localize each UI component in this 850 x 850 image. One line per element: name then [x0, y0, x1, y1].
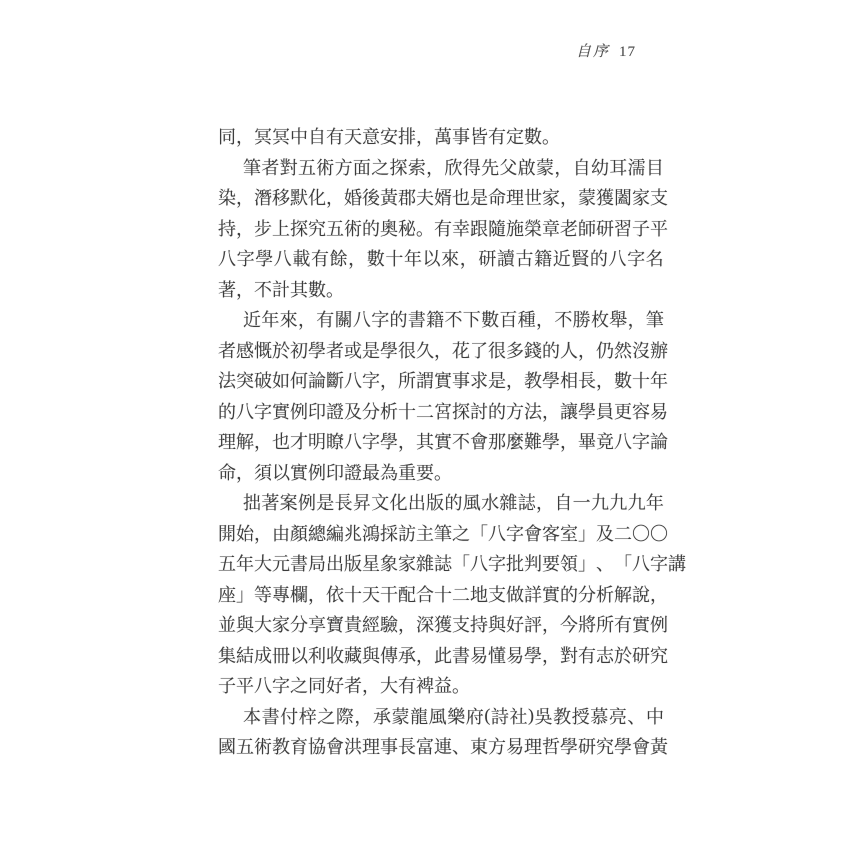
text-line: 本書付梓之際，承蒙龍風樂府(詩社)吳教授慕亮、中 — [218, 701, 664, 732]
text-line: 著，不計其數。 — [218, 274, 664, 305]
page-header: 自序 17 — [576, 40, 636, 61]
paragraph: 近年來，有關八字的書籍不下數百種，不勝枚舉，筆者感慨於初學者或是學很久，花了很多… — [218, 304, 664, 487]
text-line: 開始，由顏總編兆鴻採訪主筆之「八字會客室」及二〇〇 — [218, 518, 664, 549]
paragraph: 筆者對五術方面之探索，欣得先父啟蒙，自幼耳濡目染，潛移默化，婚後黃郡夫婿也是命理… — [218, 152, 664, 305]
text-line: 座」等專欄，依十天干配合十二地支做詳實的分析解說， — [218, 579, 664, 610]
text-line: 國五術教育協會洪理事長富連、東方易理哲學研究學會黃 — [218, 731, 664, 762]
text-line: 筆者對五術方面之探索，欣得先父啟蒙，自幼耳濡目 — [218, 152, 664, 183]
text-line: 理解，也才明瞭八字學，其實不會那麼難學，畢竟八字論 — [218, 426, 664, 457]
text-line: 近年來，有關八字的書籍不下數百種，不勝枚舉，筆 — [218, 304, 664, 335]
text-line: 法突破如何論斷八字，所謂實事求是，教學相長，數十年 — [218, 365, 664, 396]
paragraph: 同，冥冥中自有天意安排，萬事皆有定數。 — [218, 121, 664, 152]
text-line: 同，冥冥中自有天意安排，萬事皆有定數。 — [218, 121, 664, 152]
page-number: 17 — [619, 44, 636, 61]
book-page: 自序 17 同，冥冥中自有天意安排，萬事皆有定數。筆者對五術方面之探索，欣得先父… — [0, 0, 850, 850]
text-block: 同，冥冥中自有天意安排，萬事皆有定數。筆者對五術方面之探索，欣得先父啟蒙，自幼耳… — [218, 121, 664, 762]
text-line: 子平八字之同好者，大有裨益。 — [218, 670, 664, 701]
text-line: 拙著案例是長昇文化出版的風水雜誌，自一九九九年 — [218, 487, 664, 518]
text-line: 五年大元書局出版星象家雜誌「八字批判要領」、「八字講 — [218, 548, 664, 579]
paragraph: 本書付梓之際，承蒙龍風樂府(詩社)吳教授慕亮、中國五術教育協會洪理事長富連、東方… — [218, 701, 664, 762]
text-line: 的八字實例印證及分析十二宮探討的方法，讓學員更容易 — [218, 396, 664, 427]
text-line: 集結成冊以利收藏與傳承，此書易懂易學，對有志於研究 — [218, 640, 664, 671]
text-line: 染，潛移默化，婚後黃郡夫婿也是命理世家，蒙獲闔家支 — [218, 182, 664, 213]
paragraph: 拙著案例是長昇文化出版的風水雜誌，自一九九九年開始，由顏總編兆鴻採訪主筆之「八字… — [218, 487, 664, 701]
text-line: 並與大家分享寶貴經驗，深獲支持與好評，今將所有實例 — [218, 609, 664, 640]
text-line: 命，須以實例印證最為重要。 — [218, 457, 664, 488]
chapter-title: 自序 — [576, 40, 610, 61]
text-line: 者感慨於初學者或是學很久，花了很多錢的人，仍然沒辦 — [218, 335, 664, 366]
text-line: 八字學八載有餘，數十年以來，研讀古籍近賢的八字名 — [218, 243, 664, 274]
text-line: 持，步上探究五術的奧秘。有幸跟隨施榮章老師研習子平 — [218, 213, 664, 244]
